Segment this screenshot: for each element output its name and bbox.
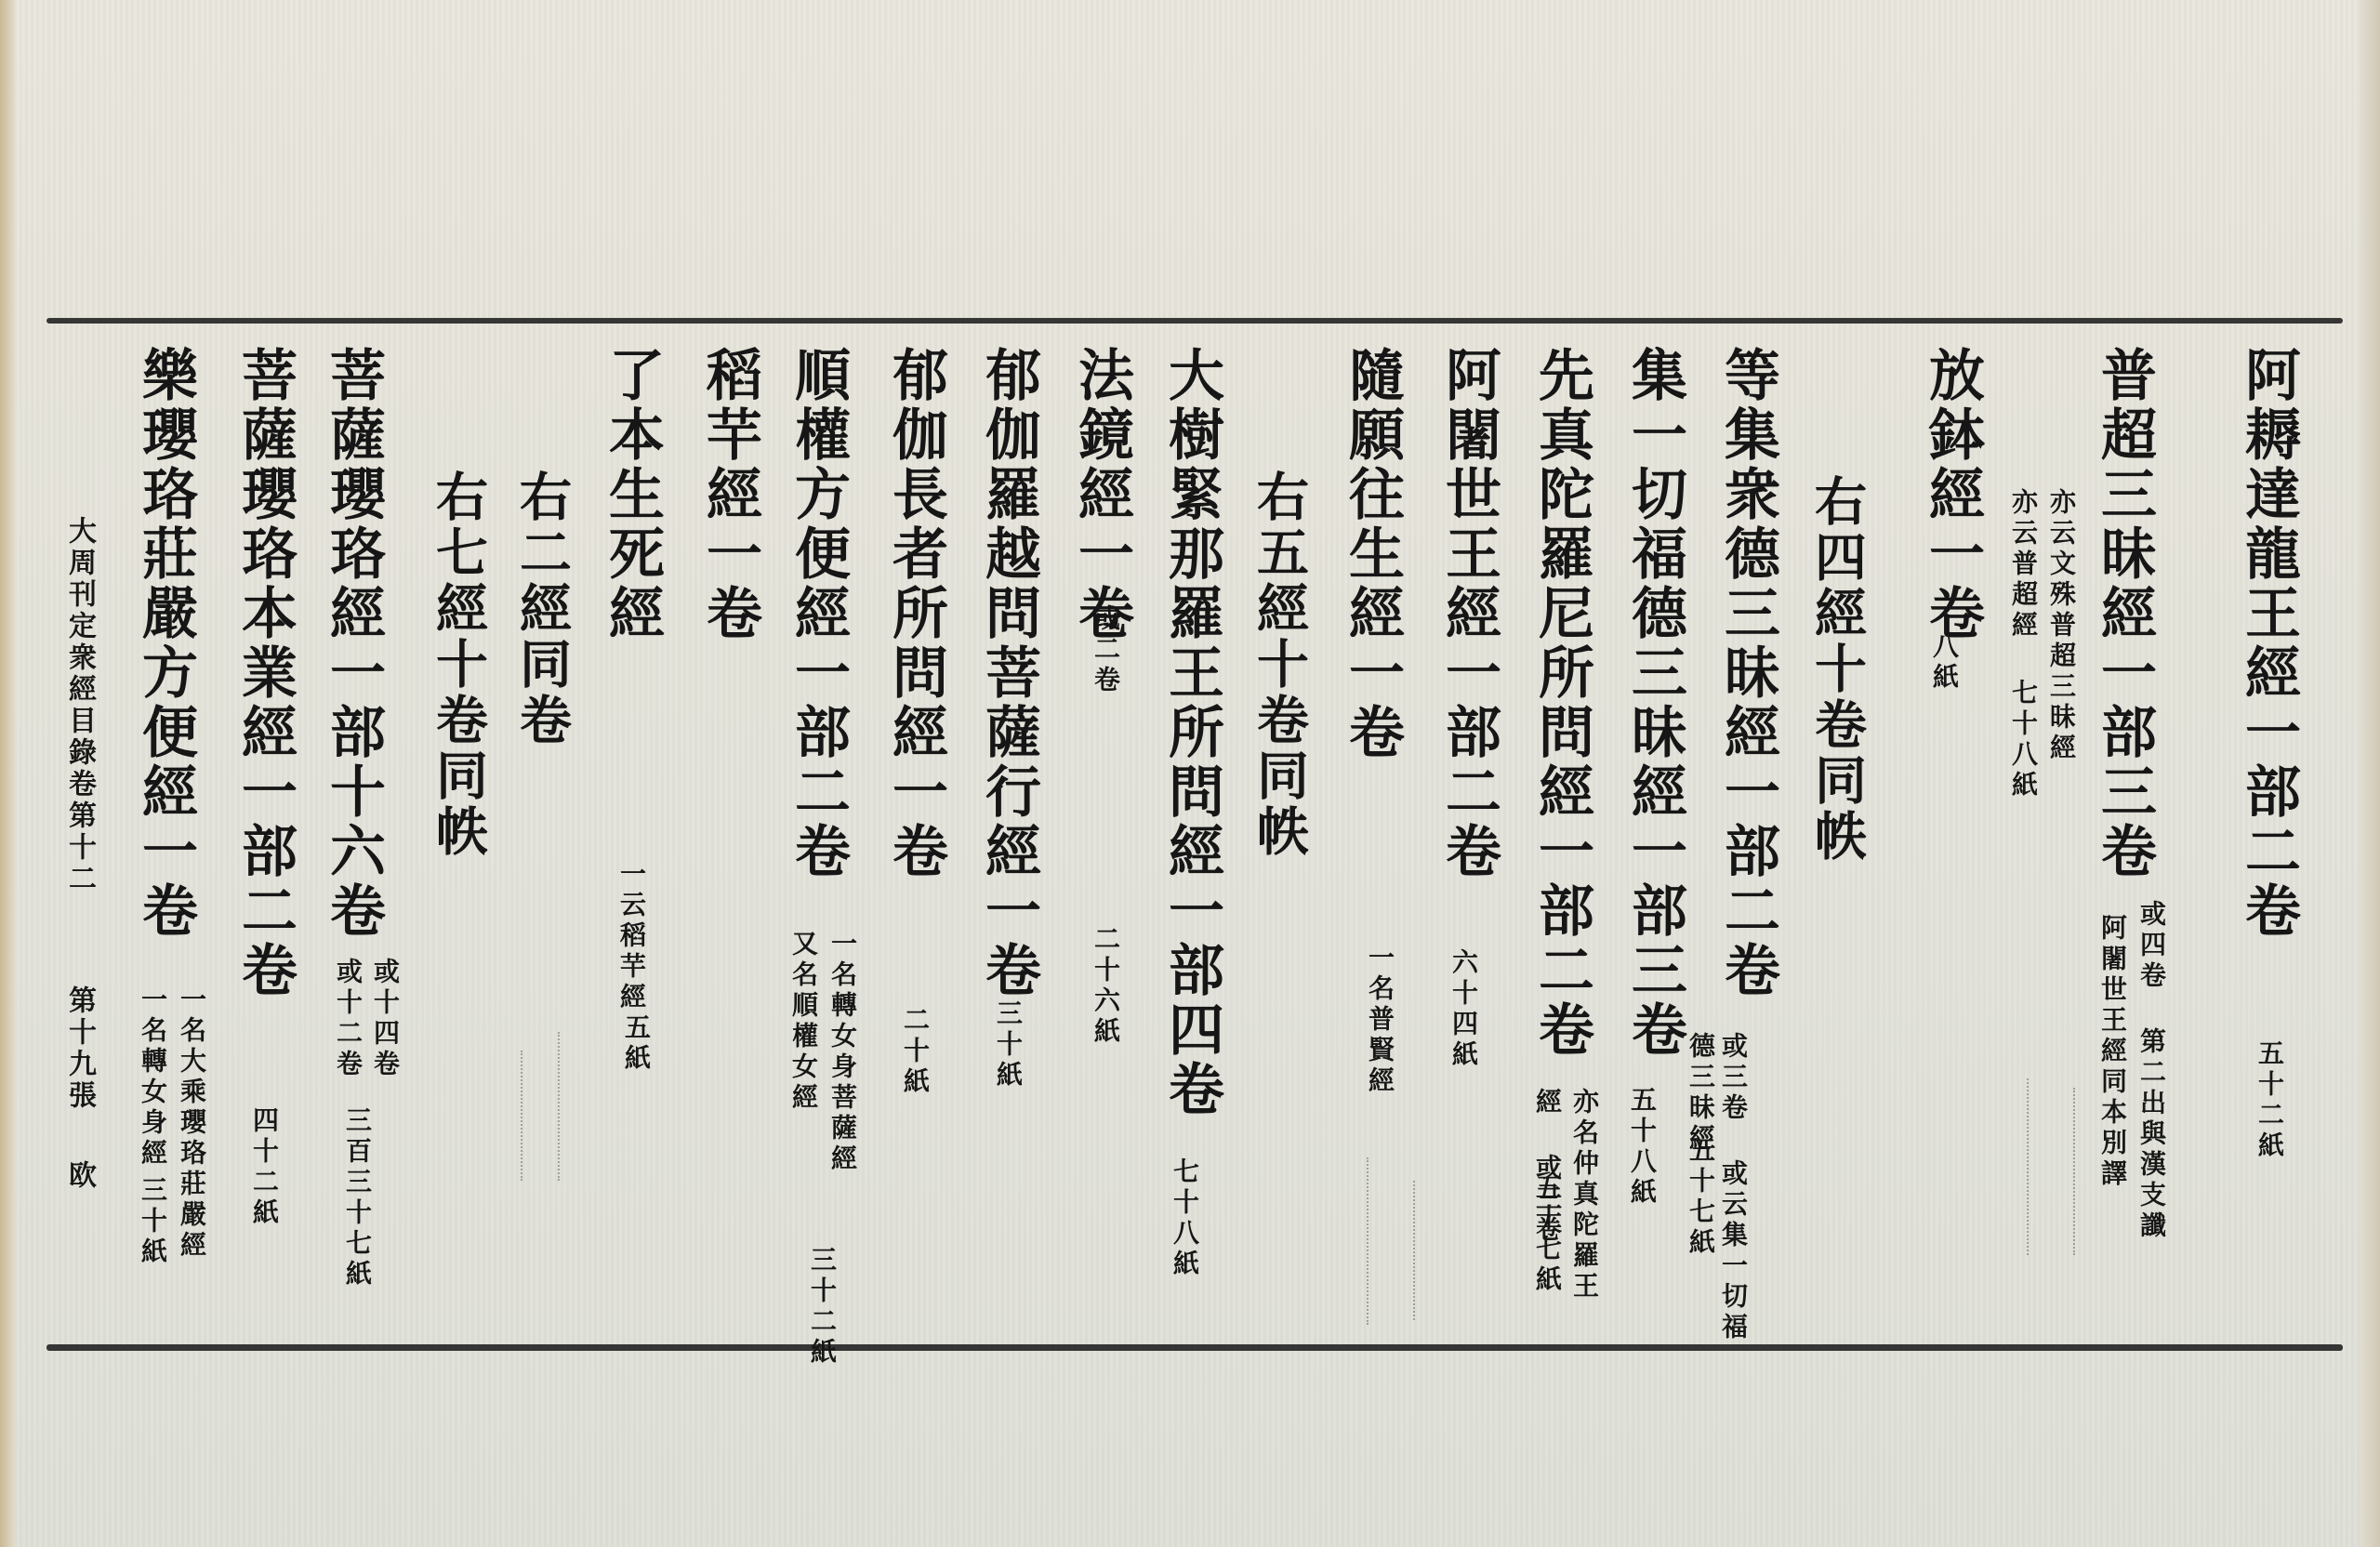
annotation-column: 一名轉女身菩薩經 bbox=[829, 930, 855, 1175]
annotation-column: 二十紙 bbox=[902, 1006, 928, 1098]
annotation-column: 五紙 bbox=[623, 1013, 649, 1075]
annotation-column: 三十紙 bbox=[995, 999, 1021, 1091]
sutra-title-column: 法鏡經一卷 bbox=[1074, 346, 1130, 643]
annotation-column: 五十七紙 bbox=[1534, 1173, 1560, 1296]
scanned-page: 阿耨達龍王經一部二卷五十二紙普超三昧經一部三卷或四卷 第二出與漢支讖阿闍世王經同… bbox=[0, 0, 2380, 1547]
annotation-column: 七十八紙 bbox=[1171, 1157, 1197, 1280]
annotation-column: 三十紙 bbox=[139, 1176, 165, 1268]
annotation-column: 七十八紙 bbox=[2010, 679, 2036, 801]
annotation-column: 一名大乘瓔珞莊嚴經 bbox=[178, 985, 205, 1262]
left-page-edge bbox=[0, 0, 15, 1547]
summary-column: 右四經十卷同帙 bbox=[1811, 474, 1863, 865]
sutra-title-column: 普超三昧經一部三卷 bbox=[2096, 346, 2152, 881]
sutra-title-column: 樂瓔珞莊嚴方便經一卷 bbox=[138, 346, 193, 941]
footer-column: 大周刊定衆經目錄卷第十二 bbox=[65, 516, 93, 895]
annotation-column: 三十二紙 bbox=[809, 1246, 835, 1368]
annotation-column: 五十二紙 bbox=[2256, 1039, 2282, 1162]
sutra-title-column: 郁伽長者所問經一卷 bbox=[888, 346, 944, 881]
summary-column: 右二經同卷 bbox=[516, 469, 568, 748]
sutra-title-column: 放鉢經一卷 bbox=[1924, 346, 1980, 643]
ink-bleed-mark bbox=[2073, 1088, 2075, 1255]
ink-bleed-mark bbox=[521, 1051, 522, 1181]
annotation-column: 又名順權女經 bbox=[790, 930, 816, 1114]
sutra-title-column: 了本生死經 bbox=[604, 346, 660, 643]
sutra-title-column: 隨願往生經一卷 bbox=[1344, 346, 1400, 762]
ink-bleed-mark bbox=[558, 1032, 560, 1181]
right-page-edge bbox=[2360, 0, 2380, 1547]
sutra-title-column: 集一切福德三昧經一部三卷 bbox=[1627, 346, 1683, 1060]
sutra-title-column: 順權方便經一部二卷 bbox=[790, 346, 846, 881]
annotation-column: 亦名仲真陀羅王 bbox=[1571, 1088, 1597, 1302]
ink-bleed-mark bbox=[2027, 1078, 2029, 1255]
annotation-column: 阿闍世王經同本別譯 bbox=[2099, 914, 2125, 1190]
annotation-column: 五十八紙 bbox=[1629, 1086, 1655, 1209]
annotation-column: 一云稻芉經 bbox=[618, 860, 644, 1013]
sutra-title-column: 阿闍世王經一部二卷 bbox=[1441, 346, 1497, 881]
annotation-column: 一名普賢經 bbox=[1367, 944, 1393, 1097]
annotation-column: 或二卷 bbox=[1092, 604, 1118, 696]
footer-column: 第十九張 bbox=[65, 985, 93, 1112]
annotation-column: 八紙 bbox=[1931, 632, 1957, 694]
annotation-column: 或三卷 或云集一切福 bbox=[1720, 1032, 1746, 1343]
annotation-column: 三百三十七紙 bbox=[344, 1106, 370, 1290]
sutra-title-column: 等集衆德三昧經一部二卷 bbox=[1720, 346, 1776, 1000]
annotation-column: 四十二紙 bbox=[251, 1106, 277, 1229]
summary-column: 右五經十卷同帙 bbox=[1253, 469, 1305, 860]
sutra-title-column: 大樹緊那羅王所問經一部四卷 bbox=[1164, 346, 1220, 1119]
annotation-column: 五十七紙 bbox=[1687, 1136, 1713, 1259]
annotation-column: 或十四卷 bbox=[372, 958, 398, 1080]
annotation-column: 亦云文殊普超三昧經 bbox=[2048, 488, 2074, 764]
top-border-rule bbox=[46, 318, 2343, 324]
annotation-column: 六十四紙 bbox=[1450, 948, 1476, 1071]
annotation-column: 亦云普超經 bbox=[2010, 488, 2036, 641]
footer-column: 欧 bbox=[65, 1160, 93, 1192]
sutra-title-column: 菩薩瓔珞本業經一部二卷 bbox=[237, 346, 293, 1000]
sutra-title-column: 阿耨達龍王經一部二卷 bbox=[2241, 346, 2296, 941]
ink-bleed-mark bbox=[1413, 1181, 1415, 1320]
annotation-column: 或十二卷 bbox=[335, 958, 361, 1080]
bottom-border-rule bbox=[46, 1344, 2343, 1351]
annotation-column: 或四卷 第二出與漢支讖 bbox=[2138, 900, 2164, 1242]
summary-column: 右七經十卷同帙 bbox=[432, 469, 484, 860]
sutra-title-column: 稻芉經一卷 bbox=[702, 346, 758, 643]
sutra-title-column: 先真陀羅尼所問經一部二卷 bbox=[1534, 346, 1590, 1060]
sutra-title-column: 郁伽羅越問菩薩行經一卷 bbox=[981, 346, 1037, 1000]
annotation-column: 一名轉女身經 bbox=[139, 985, 165, 1170]
sutra-title-column: 菩薩瓔珞經一部十六卷 bbox=[325, 346, 381, 941]
annotation-column: 二十六紙 bbox=[1092, 925, 1118, 1048]
ink-bleed-mark bbox=[1367, 1157, 1368, 1325]
